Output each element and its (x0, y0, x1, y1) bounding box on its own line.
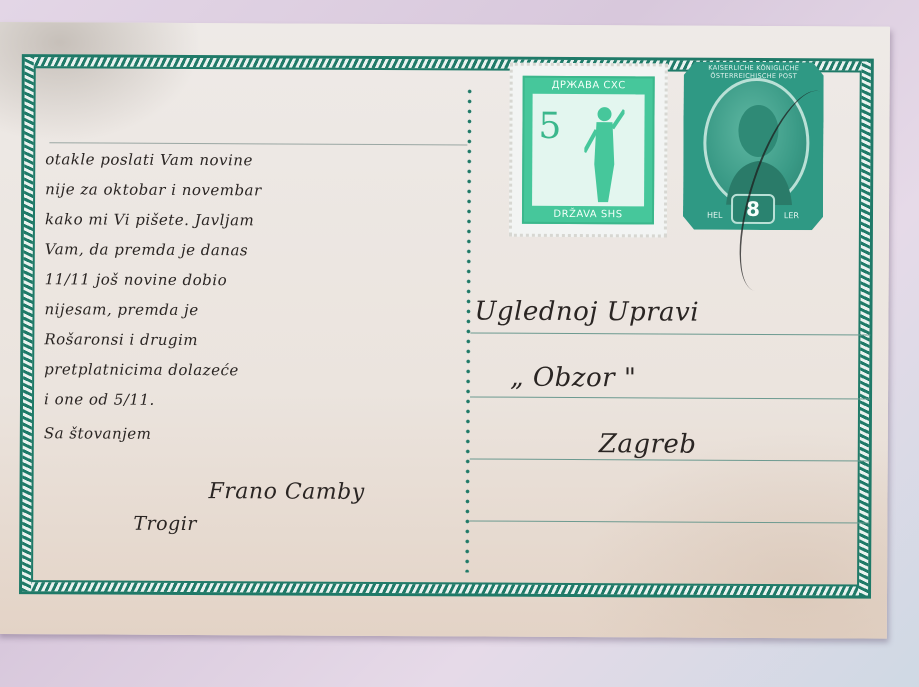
stamp-panel: 5 (532, 94, 645, 207)
address-line: Uglednoj Upravi (474, 296, 699, 327)
address-line: „ Obzor " (510, 363, 636, 394)
stamp-value: 5 (538, 106, 561, 147)
address-rule (469, 520, 869, 523)
place-name: Trogir (133, 513, 197, 535)
shs-5-stamp: ДРЖАВА СХС 5 DRŽAVA SHS (509, 63, 668, 238)
address-rule (470, 396, 870, 399)
address-line: Zagreb (599, 429, 697, 460)
message-line: otakle poslati Vam novine (45, 150, 253, 169)
stamp-bottom-text: DRŽAVA SHS (524, 209, 652, 221)
breaking-chains-figure-icon (584, 104, 625, 204)
message-line: Rošaronsi i drugim (44, 330, 198, 349)
signature: Frano Camby (208, 479, 364, 505)
message-line: Vam, da premda je danas (45, 240, 248, 259)
stamp-design: ДРЖАВА СХС 5 DRŽAVA SHS (522, 76, 655, 225)
message-line: nije za oktobar i novembar (45, 180, 262, 199)
message-line: 11/11 još novine dobio (45, 270, 228, 289)
message-rule (49, 142, 467, 145)
message-line: kako mi Vi pišete. Javljam (45, 210, 254, 229)
address-rule (470, 332, 870, 335)
message-line: pretplatnicima dolazeće (44, 360, 239, 379)
message-line: Sa štovanjem (44, 424, 152, 443)
postcard: otakle poslati Vam novine nije za oktoba… (0, 22, 890, 639)
message-line: i one od 5/11. (44, 390, 155, 409)
dotted-divider (465, 86, 472, 572)
stamp-side-left: HEL (707, 211, 723, 220)
stamp-top-text: ДРЖАВА СХС (525, 80, 653, 92)
message-line: nijesam, premda je (44, 300, 198, 319)
